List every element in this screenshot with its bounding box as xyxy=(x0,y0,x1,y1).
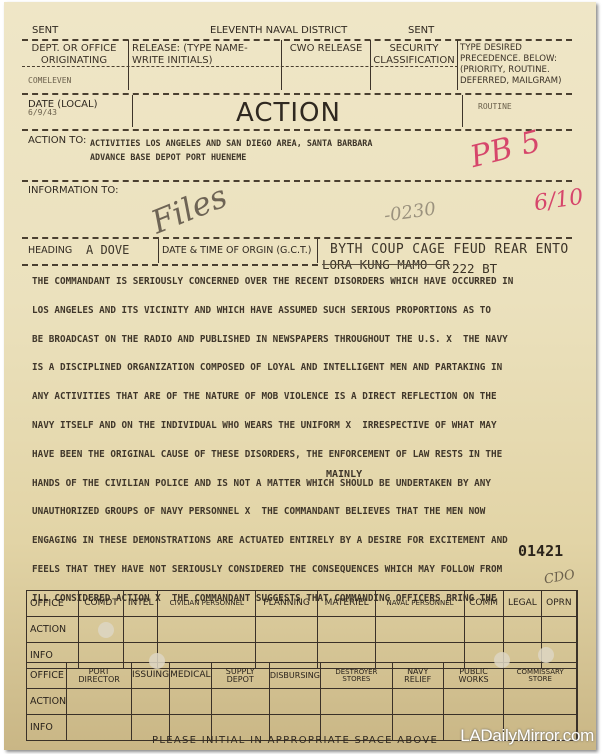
action-to-line-2: ADVANCE BASE DEPOT PORT HUENEME xyxy=(90,152,246,162)
body-line: HANDS OF THE CIVILIAN POLICE AND IS NOT … xyxy=(32,470,592,499)
row-label-action: ACTION xyxy=(27,689,67,715)
office-label: OFFICE xyxy=(27,591,79,617)
initial-box[interactable] xyxy=(132,689,170,715)
originator-value: COMELEVEN xyxy=(28,76,71,85)
office-column-header: LEGAL xyxy=(503,591,542,617)
header-type-desired: TYPE DESIRED PRECEDENCE. BELOW: (PRIORIT… xyxy=(460,43,572,87)
initial-box[interactable] xyxy=(256,617,318,643)
header-cwo-release: CWO RELEASE xyxy=(284,43,368,55)
body-line: FEELS THAT THEY HAVE NOT SERIOUSLY CONSI… xyxy=(32,556,592,585)
office-column-header: PLANNING xyxy=(256,591,318,617)
handwritten-number-note: -0230 xyxy=(383,198,437,226)
office-column-header: NAVAL PERSONNEL xyxy=(376,591,464,617)
pin-hole xyxy=(494,652,510,668)
action-to-label: ACTION TO: xyxy=(28,135,86,146)
header-security-classification: SECURITY CLASSIFICATION xyxy=(372,43,456,67)
code-line-1: BYTH COUP CAGE FEUD REAR ENTO xyxy=(330,242,569,257)
row-label-action: ACTION xyxy=(27,617,79,643)
pin-hole xyxy=(98,622,114,638)
office-column-header: DISBURSING xyxy=(269,663,320,689)
initial-box[interactable] xyxy=(504,689,577,715)
body-line: NAVY ITSELF AND ON THE INDIVIDUAL WHO WE… xyxy=(32,412,592,441)
initial-box[interactable] xyxy=(576,617,577,643)
row-label-info: INFO xyxy=(27,715,67,741)
initial-box[interactable] xyxy=(170,689,212,715)
date-local-value: 6/9/43 xyxy=(28,108,57,117)
body-line: UNAUTHORIZED GROUPS OF NAVY PERSONNEL X … xyxy=(32,498,592,527)
precedence-value: ROUTINE xyxy=(478,102,512,111)
initial-box[interactable] xyxy=(320,689,392,715)
office-column-header: COMDT xyxy=(79,591,124,617)
heading-value: A DOVE xyxy=(86,243,129,257)
initial-box[interactable] xyxy=(67,689,132,715)
body-line: THE COMMANDANT IS SERIOUSLY CONCERNED OV… xyxy=(32,268,592,297)
serial-number: 01421 xyxy=(518,542,563,560)
date-time-origin-label: DATE & TIME OF ORGIN (G.C.T.) xyxy=(162,245,311,256)
footer-instruction: PLEASE INITIAL IN APPROPRIATE SPACE ABOV… xyxy=(152,735,438,746)
office-column-header: OPRN xyxy=(542,591,576,617)
heading-label: HEADING xyxy=(28,245,72,256)
initial-box[interactable] xyxy=(542,617,576,643)
initial-box[interactable] xyxy=(67,715,132,741)
office-label: OFFICE xyxy=(27,663,67,689)
header-dept-originating: DEPT. OR OFFICE ORIGINATING xyxy=(22,43,126,67)
body-line: HAVE BEEN THE ORIGINAL CAUSE OF THESE DI… xyxy=(32,441,592,470)
pin-hole xyxy=(149,653,165,669)
action-to-line-1: ACTIVITIES LOS ANGELES AND SAN DIEGO ARE… xyxy=(90,138,372,148)
office-column-header: MATERIEL xyxy=(317,591,375,617)
initial-box[interactable] xyxy=(576,689,577,715)
initial-box[interactable] xyxy=(376,617,464,643)
initial-box[interactable] xyxy=(392,689,443,715)
initial-box[interactable] xyxy=(503,617,542,643)
header-release: RELEASE: (TYPE NAME-WRITE INITIALS) xyxy=(132,43,278,67)
office-column-header: PUBLIC WORKS xyxy=(443,663,504,689)
office-column-header: CIVILIAN PERSONNEL xyxy=(158,591,256,617)
initial-box[interactable] xyxy=(464,617,503,643)
sent-label-right: SENT xyxy=(408,25,434,36)
body-line: LOS ANGELES AND ITS VICINITY AND WHICH H… xyxy=(32,297,592,326)
initial-box[interactable] xyxy=(269,689,320,715)
message-body: THE COMMANDANT IS SERIOUSLY CONCERNED OV… xyxy=(32,268,592,614)
naval-dispatch-document: SENT ELEVENTH NAVAL DISTRICT SENT DEPT. … xyxy=(4,2,596,750)
body-line: ANY ACTIVITIES THAT ARE OF THE NATURE OF… xyxy=(32,383,592,412)
body-line: ENGAGING IN THESE DEMONSTRATIONS ARE ACT… xyxy=(32,527,592,556)
handwritten-files-note: Files xyxy=(146,177,233,241)
body-line: IS A DISCIPLINED ORGANIZATION COMPOSED O… xyxy=(32,354,592,383)
district-title: ELEVENTH NAVAL DISTRICT xyxy=(210,25,347,36)
sent-label-left: SENT xyxy=(32,25,58,36)
initial-box[interactable] xyxy=(443,689,504,715)
office-column-header: COMMISSARY STORE xyxy=(504,663,577,689)
initial-box[interactable] xyxy=(123,617,158,643)
red-handwritten-note: PB 5 xyxy=(467,124,544,175)
document-title-action: ACTION xyxy=(236,98,341,128)
office-column-header: DESTROYER STORES xyxy=(320,663,392,689)
initial-box[interactable] xyxy=(158,617,256,643)
body-line: BE BROADCAST ON THE RADIO AND PUBLISHED … xyxy=(32,326,592,355)
insertion-mainly: MAINLY xyxy=(326,469,362,480)
office-column-header xyxy=(576,663,577,689)
red-date-note: 6/10 xyxy=(533,185,585,217)
pin-hole xyxy=(538,647,554,663)
office-column-header: MEDICAL xyxy=(170,663,212,689)
office-column-header: SUPPLY DEPOT xyxy=(211,663,269,689)
initial-box[interactable] xyxy=(211,689,269,715)
office-column-header: INTEL xyxy=(123,591,158,617)
office-column-header: PORT DIRECTOR xyxy=(67,663,132,689)
office-column-header xyxy=(576,591,577,617)
information-to-label: INFORMATION TO: xyxy=(28,185,118,196)
initial-box[interactable] xyxy=(317,617,375,643)
watermark: LADailyMirror.com xyxy=(460,726,594,746)
office-column-header: COMM xyxy=(464,591,503,617)
office-column-header: NAVY RELIEF xyxy=(392,663,443,689)
